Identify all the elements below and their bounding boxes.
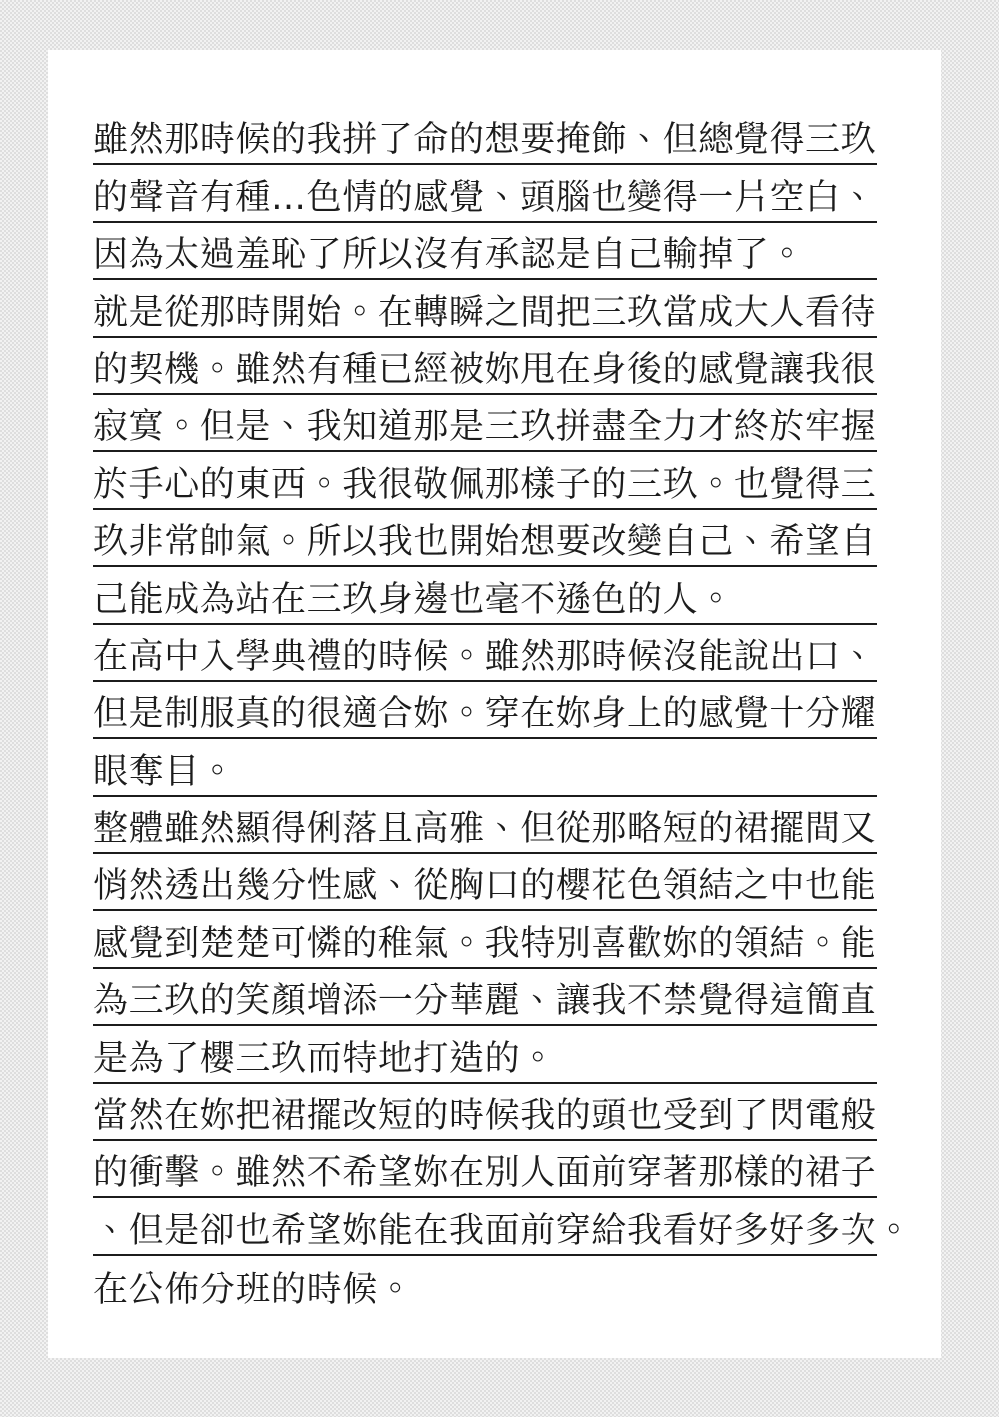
handwritten-text: 感覺到楚楚可憐的稚氣。我特別喜歡妳的領結。能 [93,927,876,962]
handwritten-text: 雖然那時候的我拼了命的想要掩飾、但總覺得三玖 [93,123,876,158]
text-line: 當然在妳把裙擺改短的時候我的頭也受到了閃電般 [93,1084,877,1141]
text-line: 的衝擊。雖然不希望妳在別人面前穿著那樣的裙子 [93,1141,877,1198]
handwritten-text: 當然在妳把裙擺改短的時候我的頭也受到了閃電般 [93,1099,876,1134]
letter-page: 雖然那時候的我拼了命的想要掩飾、但總覺得三玖的聲音有種…色情的感覺、頭腦也變得一… [48,50,941,1358]
handwritten-text: 寂寞。但是、我知道那是三玖拼盡全力才終於牢握 [93,410,876,445]
handwritten-text: 的衝擊。雖然不希望妳在別人面前穿著那樣的裙子 [93,1156,876,1191]
handwritten-text: 就是從那時開始。在轉瞬之間把三玖當成大人看待 [93,296,876,331]
text-line: 雖然那時候的我拼了命的想要掩飾、但總覺得三玖 [93,108,877,165]
handwritten-text: 眼奪目。 [93,755,235,790]
handwritten-text: 的聲音有種…色情的感覺、頭腦也變得一片空白、 [93,181,876,216]
handwritten-text: 悄然透出幾分性感、從胸口的櫻花色領結之中也能 [93,869,876,904]
handwritten-text: 玖非常帥氣。所以我也開始想要改變自己、希望自 [93,525,876,560]
handwritten-text: 因為太過羞恥了所以沒有承認是自己輸掉了。 [93,238,805,273]
text-line: 就是從那時開始。在轉瞬之間把三玖當成大人看待 [93,280,877,337]
text-line: 玖非常帥氣。所以我也開始想要改變自己、希望自 [93,510,877,567]
text-line: 眼奪目。 [93,739,877,796]
handwritten-text: 的契機。雖然有種已經被妳甩在身後的感覺讓我很 [93,353,876,388]
text-line: 整體雖然顯得俐落且高雅、但從那略短的裙擺間又 [93,797,877,854]
handwritten-text: 但是制服真的很適合妳。穿在妳身上的感覺十分耀 [93,697,876,732]
handwritten-text: 於手心的東西。我很敬佩那樣子的三玖。也覺得三 [93,468,876,503]
text-line: 但是制服真的很適合妳。穿在妳身上的感覺十分耀 [93,682,877,739]
text-line: 的契機。雖然有種已經被妳甩在身後的感覺讓我很 [93,338,877,395]
text-line: 己能成為站在三玖身邊也毫不遜色的人。 [93,567,877,624]
text-line: 、但是卻也希望妳能在我面前穿給我看好多好多次。 [93,1198,877,1255]
text-line: 寂寞。但是、我知道那是三玖拼盡全力才終於牢握 [93,395,877,452]
handwritten-text: 己能成為站在三玖身邊也毫不遜色的人。 [93,583,734,618]
text-line: 在公佈分班的時候。 [93,1256,877,1313]
text-line: 因為太過羞恥了所以沒有承認是自己輸掉了。 [93,223,877,280]
handwritten-text: 在高中入學典禮的時候。雖然那時候沒能說出口、 [93,640,876,675]
handwritten-text: 在公佈分班的時候。 [93,1273,413,1308]
text-line: 悄然透出幾分性感、從胸口的櫻花色領結之中也能 [93,854,877,911]
handwritten-text: 為三玖的笑顏增添一分華麗、讓我不禁覺得這簡直 [93,984,876,1019]
handwritten-text: 、但是卻也希望妳能在我面前穿給我看好多好多次。 [93,1214,912,1249]
letter-body: 雖然那時候的我拼了命的想要掩飾、但總覺得三玖的聲音有種…色情的感覺、頭腦也變得一… [93,108,877,1313]
handwritten-text: 是為了櫻三玖而特地打造的。 [93,1042,556,1077]
text-line: 於手心的東西。我很敬佩那樣子的三玖。也覺得三 [93,452,877,509]
scan-background: 雖然那時候的我拼了命的想要掩飾、但總覺得三玖的聲音有種…色情的感覺、頭腦也變得一… [0,0,999,1417]
text-line: 為三玖的笑顏增添一分華麗、讓我不禁覺得這簡直 [93,969,877,1026]
text-line: 的聲音有種…色情的感覺、頭腦也變得一片空白、 [93,165,877,222]
text-line: 感覺到楚楚可憐的稚氣。我特別喜歡妳的領結。能 [93,911,877,968]
text-line: 在高中入學典禮的時候。雖然那時候沒能說出口、 [93,625,877,682]
handwritten-text: 整體雖然顯得俐落且高雅、但從那略短的裙擺間又 [93,812,876,847]
text-line: 是為了櫻三玖而特地打造的。 [93,1026,877,1083]
